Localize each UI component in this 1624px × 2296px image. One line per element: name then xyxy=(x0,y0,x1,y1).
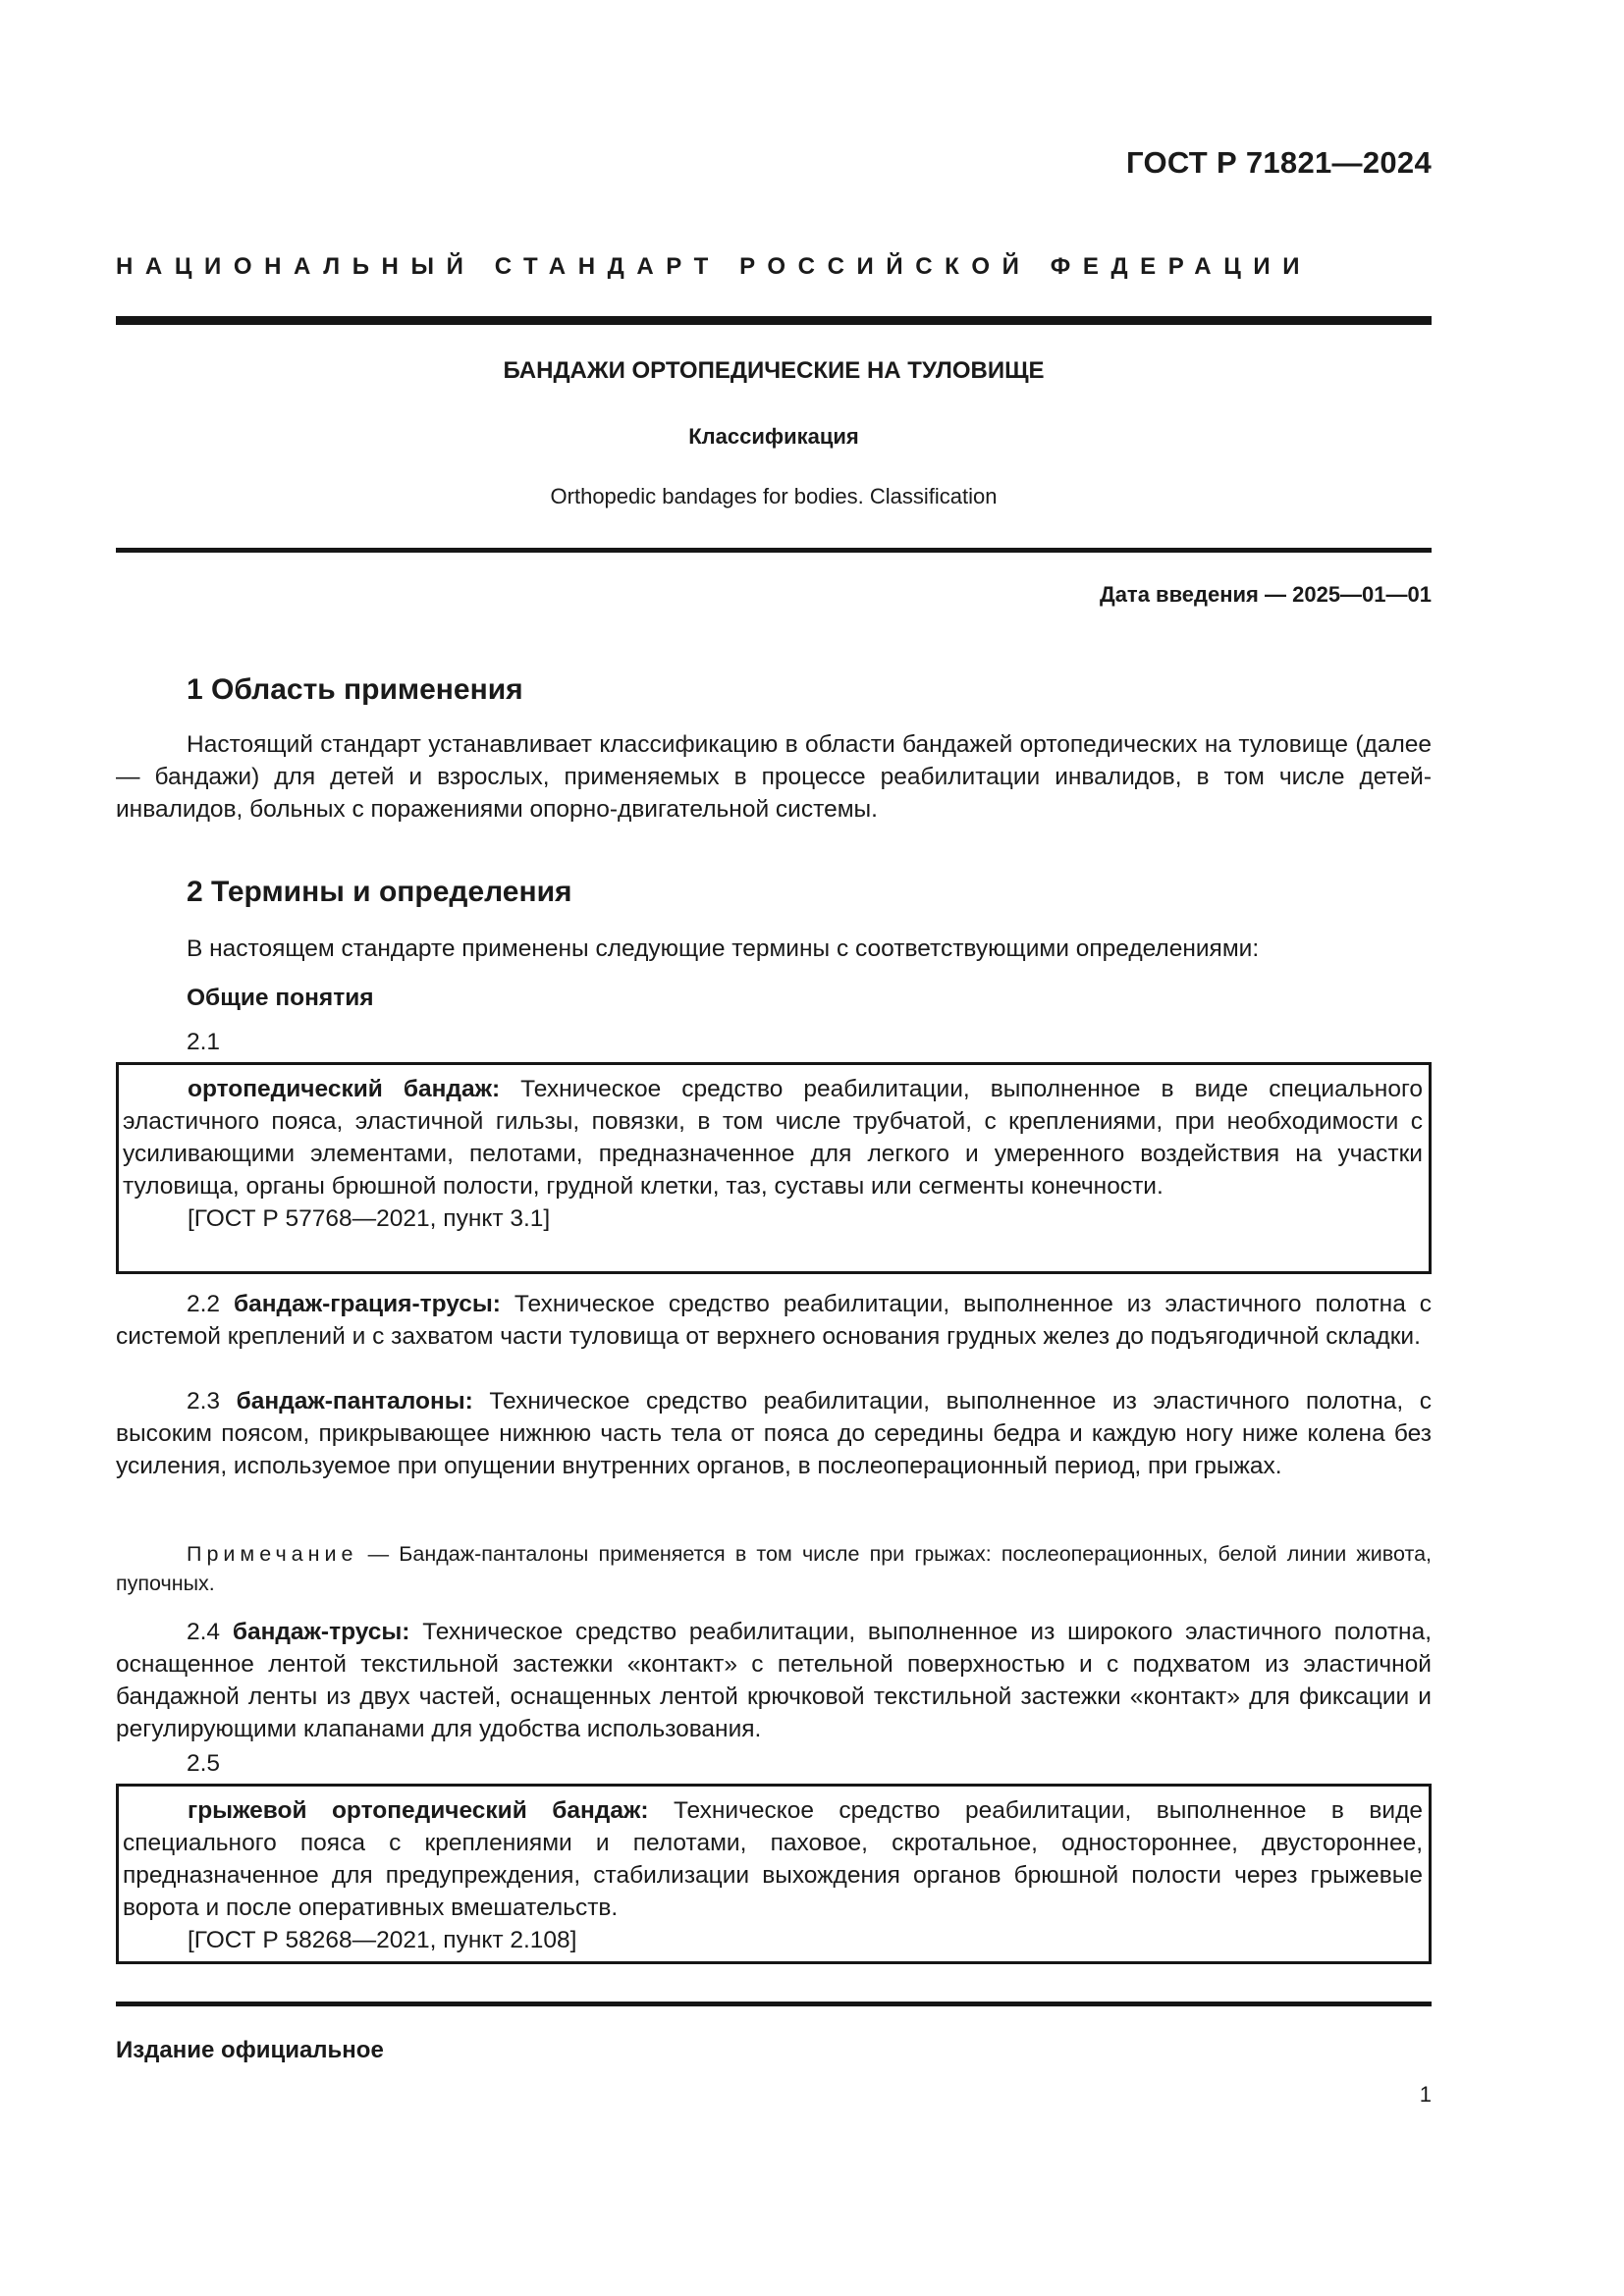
term-2-3-number: 2.3 xyxy=(187,1388,237,1415)
term-2-4: 2.4 бандаж-трусы: Техническое средство р… xyxy=(116,1616,1432,1745)
header-divider xyxy=(116,316,1432,325)
term-2-5-number: 2.5 xyxy=(187,1747,220,1780)
term-group-heading: Общие понятия xyxy=(187,982,374,1014)
official-edition-label: Издание официальное xyxy=(116,2037,384,2064)
term-2-4-number: 2.4 xyxy=(187,1619,233,1645)
term-2-5-source: [ГОСТ Р 58268—2021, пункт 2.108] xyxy=(119,1924,1429,1956)
english-title: Orthopedic bandages for bodies. Classifi… xyxy=(116,484,1432,509)
term-box-2-5: грыжевой ортопедический бандаж: Техничес… xyxy=(116,1784,1432,1964)
page-number: 1 xyxy=(1420,2082,1432,2108)
term-2-3-note: Примечание — Бандаж-панталоны применяетс… xyxy=(116,1539,1432,1598)
title-divider xyxy=(116,548,1432,553)
term-2-3-term: бандаж-панталоны: xyxy=(237,1388,473,1415)
document-subtitle: Классификация xyxy=(116,424,1432,450)
term-2-2: 2.2 бандаж-грация-трусы: Техническое сре… xyxy=(116,1288,1432,1353)
term-2-1-source: [ГОСТ Р 57768—2021, пункт 3.1] xyxy=(119,1202,1429,1235)
note-label: Примечание xyxy=(187,1542,357,1566)
term-2-1-number: 2.1 xyxy=(187,1026,220,1058)
term-2-5-text: грыжевой ортопедический бандаж: Техничес… xyxy=(119,1787,1429,1924)
section-2-intro: В настоящем стандарте применены следующи… xyxy=(187,933,1259,965)
document-title: БАНДАЖИ ОРТОПЕДИЧЕСКИЕ НА ТУЛОВИЩЕ xyxy=(116,357,1432,385)
section-1-heading: 1 Область применения xyxy=(187,673,523,707)
term-2-3: 2.3 бандаж-панталоны: Техническое средст… xyxy=(116,1385,1432,1482)
section-1-text: Настоящий стандарт устанавливает классиф… xyxy=(116,728,1432,826)
term-2-5-term: грыжевой ортопедический бандаж: xyxy=(188,1797,649,1824)
term-2-1-text: ортопедический бандаж: Техническое средс… xyxy=(119,1065,1429,1202)
introduction-date: Дата введения — 2025—01—01 xyxy=(1100,582,1432,608)
footer-divider xyxy=(116,2002,1432,2006)
term-2-4-term: бандаж-трусы: xyxy=(233,1619,410,1645)
term-2-2-term: бандаж-грация-трусы: xyxy=(234,1291,501,1317)
term-box-2-1: ортопедический бандаж: Техническое средс… xyxy=(116,1062,1432,1274)
section-2-heading: 2 Термины и определения xyxy=(187,876,572,909)
term-2-2-number: 2.2 xyxy=(187,1291,234,1317)
document-number: ГОСТ Р 71821—2024 xyxy=(1126,145,1432,181)
national-standard-banner: НАЦИОНАЛЬНЫЙ СТАНДАРТ РОССИЙСКОЙ ФЕДЕРАЦ… xyxy=(116,253,1432,281)
term-2-1-term: ортопедический бандаж: xyxy=(188,1076,500,1102)
